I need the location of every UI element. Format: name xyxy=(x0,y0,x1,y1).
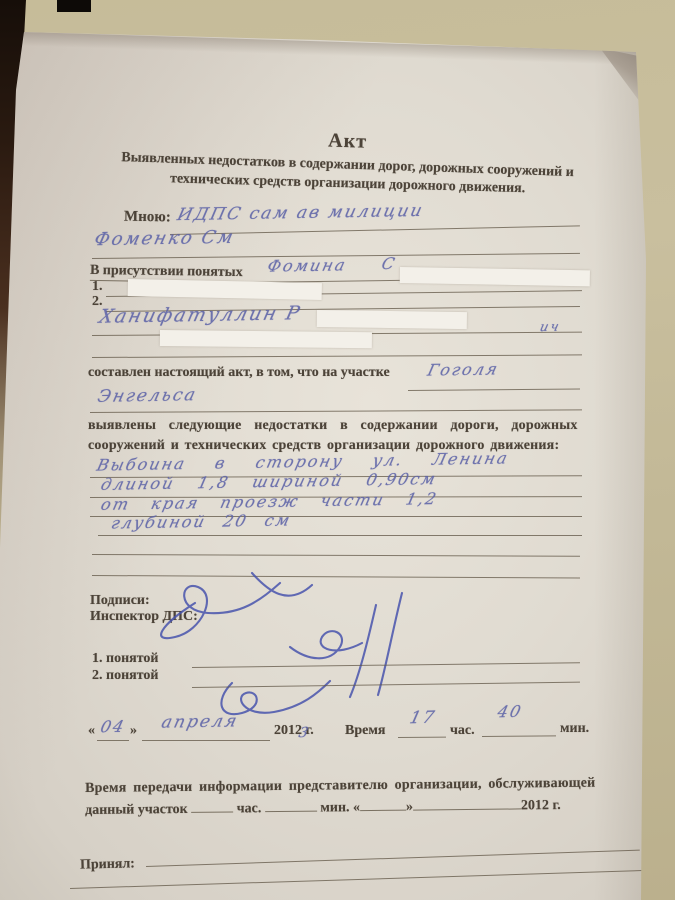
transfer-line2: данный участок час. мин. «»2012 г. xyxy=(85,794,561,820)
ruled-line xyxy=(90,409,582,413)
transfer-min: мин. xyxy=(320,800,349,815)
redaction-box xyxy=(400,267,590,286)
blank-minutes xyxy=(265,797,317,813)
time-label: Время xyxy=(345,722,385,740)
handwritten-officer: ИДПС сам ав милиции xyxy=(175,201,426,225)
paper-sheet: Акт Выявленных недостатков в содержании … xyxy=(0,0,675,900)
handwritten-witness1-name: Фомина xyxy=(266,255,349,275)
ruled-line xyxy=(142,740,270,741)
ruled-line xyxy=(70,870,645,889)
paragraph-defects-line1: выявлены следующие недостатки в содержан… xyxy=(88,417,578,435)
ruled-line xyxy=(98,535,582,536)
ruled-line xyxy=(408,388,580,391)
blank-day xyxy=(360,796,406,811)
redaction-box xyxy=(317,310,467,329)
background-notch xyxy=(57,0,91,12)
transfer-part1: данный участок xyxy=(85,802,188,818)
date-quote-close: » xyxy=(130,722,137,740)
handwritten-witness1-initial: С xyxy=(380,254,399,273)
transfer-chas: час. xyxy=(237,801,262,816)
ruled-line xyxy=(92,554,580,557)
handwritten-witness2-name: Ханифатуллин Р xyxy=(97,302,304,327)
date-quote-open: « xyxy=(88,722,95,740)
blank-hours xyxy=(191,797,233,812)
field-mnoyu-label: Мною: xyxy=(124,208,171,227)
ruled-line xyxy=(92,354,582,358)
field-prinyal: Принял: xyxy=(80,855,135,874)
ruled-line xyxy=(97,740,129,741)
field-sostavlen: составлен настоящий акт, в том, что на у… xyxy=(88,364,390,382)
signature-inspector xyxy=(140,565,460,715)
transfer-year: 2012 г. xyxy=(521,798,561,813)
ruled-line xyxy=(398,737,446,738)
ruled-line xyxy=(146,850,640,867)
handwritten-defect-4: глубиной 20 см xyxy=(109,510,293,532)
field-ponyatoj-2: 2. понятой xyxy=(92,667,158,685)
redaction-box xyxy=(128,279,322,300)
ruled-line xyxy=(482,735,556,737)
blank-month xyxy=(413,794,521,810)
field-ponyatoj-1: 1. понятой xyxy=(92,650,158,668)
handwritten-officer-name: Фоменко См xyxy=(92,227,237,250)
handwritten-hours: 17 xyxy=(408,708,438,728)
handwritten-street2: Энгельса xyxy=(95,385,199,407)
handwritten-minutes: 40 xyxy=(496,702,525,721)
handwritten-street1: Гоголя xyxy=(426,359,501,379)
photo-scene: Акт Выявленных недостатков в содержании … xyxy=(0,0,675,900)
handwritten-month: апреля xyxy=(160,711,241,732)
hours-label: час. xyxy=(450,722,475,740)
paper-top-shadow xyxy=(24,32,638,65)
minutes-label: мин. xyxy=(560,720,589,738)
redaction-box xyxy=(160,330,372,348)
handwritten-day: 04 xyxy=(99,717,128,736)
